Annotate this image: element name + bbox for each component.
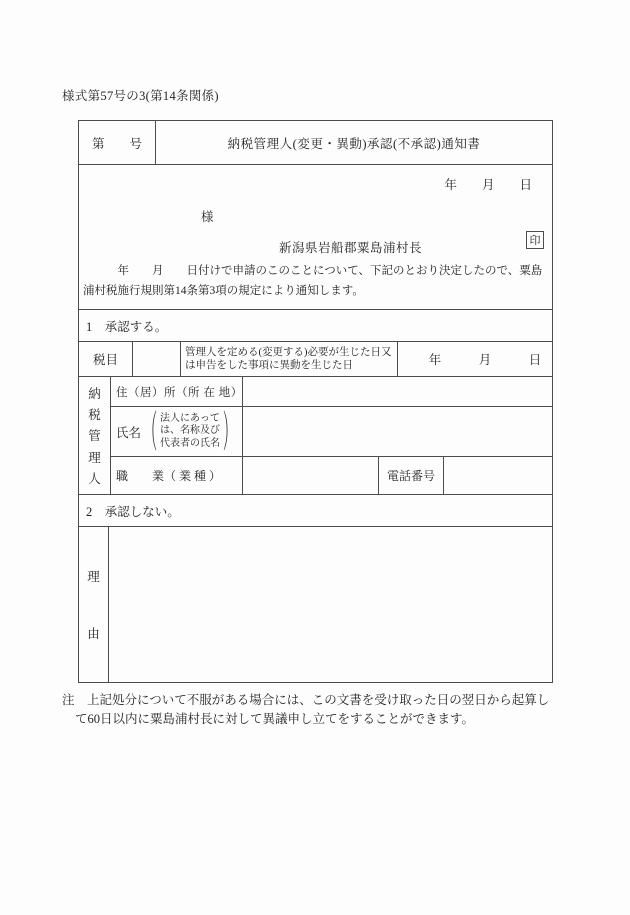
reason-label: 理 由: [79, 527, 109, 682]
name-label: 氏名: [116, 423, 141, 441]
reason-char-2: 由: [87, 624, 100, 642]
footer-note-line-1: 注 上記処分について不服がある場合には、この文書を受け取った日の翌日から起算し: [62, 691, 567, 710]
reason-row: 理 由: [79, 527, 552, 682]
reason-value-cell: [109, 527, 552, 682]
tax-item-value-cell: [133, 342, 181, 376]
intro-line-2: 浦村税施行規則第14条第3項の規定により通知します。: [83, 281, 549, 301]
phone-label: 電話番号: [379, 457, 444, 494]
event-date-placeholder: 年 月 日: [398, 342, 552, 376]
title-row: 第 号 納税管理人(変更・異動)承認(不承認)通知書: [79, 121, 552, 165]
group-char-1: 納: [88, 384, 101, 402]
close-paren: ）: [223, 410, 236, 453]
tax-item-label: 税目: [79, 342, 133, 376]
notification-form-table: 第 号 納税管理人(変更・異動)承認(不承認)通知書 年 月 日 様 新潟県岩船…: [78, 120, 553, 683]
group-char-3: 管: [88, 426, 101, 444]
reject-section-label: 2 承認しない。: [79, 495, 552, 527]
reject-label: 2 承認しない。: [86, 502, 180, 520]
letter-body-row: 年 月 日 様 新潟県岩船郡粟島浦村長 印 年 月 日付けで申請のこのことについ…: [79, 165, 552, 310]
name-value-cell: [243, 407, 552, 456]
document-title: 納税管理人(変更・異動)承認(不承認)通知書: [156, 121, 552, 164]
address-label: 住（居）所（所 在 地）: [111, 377, 243, 406]
document-page: 様式第57号の3(第14条関係) 第 号 納税管理人(変更・異動)承認(不承認)…: [0, 0, 630, 915]
form-reference-number: 様式第57号の3(第14条関係): [62, 86, 219, 104]
corporation-note-line-3: 代表者の氏名: [160, 438, 220, 451]
group-char-4: 理: [88, 448, 101, 466]
intro-paragraph: 年 月 日付けで申請のこのことについて、下記のとおり決定したので、粟島 浦村税施…: [83, 261, 549, 301]
reason-char-1: 理: [87, 567, 100, 585]
group-char-2: 税: [88, 405, 101, 423]
address-row: 住（居）所（所 在 地）: [111, 377, 552, 407]
name-row: 氏名 （ 法人にあって は、名称及び 代表者の氏名 ）: [111, 407, 552, 457]
occupation-value-cell: [243, 457, 379, 494]
intro-line-1: 年 月 日付けで申請のこのことについて、下記のとおり決定したので、粟島: [83, 261, 549, 281]
name-label-cell: 氏名 （ 法人にあって は、名称及び 代表者の氏名 ）: [111, 407, 243, 456]
footer-note: 注 上記処分について不服がある場合には、この文書を受け取った日の翌日から起算し …: [62, 691, 567, 729]
phone-value-cell: [444, 457, 552, 494]
seal-mark: 印: [526, 231, 544, 249]
tax-manager-rows: 住（居）所（所 在 地） 氏名 （ 法人にあって は、名称及び 代表者の氏名 ）: [111, 377, 552, 494]
occupation-label: 職 業（ 業 種 ）: [111, 457, 243, 494]
corporation-note: 法人にあって は、名称及び 代表者の氏名: [160, 413, 220, 451]
event-date-description: 管理人を定める(変更する)必要が生じた日又は申告をした事項に異動を生じた日: [181, 342, 398, 376]
issuer-name: 新潟県岩船郡粟島浦村長: [279, 238, 422, 256]
address-value-cell: [243, 377, 552, 406]
issue-date-placeholder: 年 月 日: [444, 175, 532, 193]
corporation-note-line-2: は、名称及び: [160, 425, 220, 438]
footer-note-line-2: て60日以内に粟島浦村長に対して異議申し立てをすることができます。: [75, 710, 567, 729]
tax-item-row: 税目 管理人を定める(変更する)必要が生じた日又は申告をした事項に異動を生じた日…: [79, 342, 552, 377]
approve-label: 1 承認する。: [86, 317, 167, 335]
tax-manager-section: 納 税 管 理 人 住（居）所（所 在 地） 氏名 （ 法人にあって: [79, 377, 552, 495]
addressee-honorific: 様: [201, 207, 214, 225]
occupation-row: 職 業（ 業 種 ） 電話番号: [111, 457, 552, 494]
document-number-cell: 第 号: [79, 121, 156, 164]
tax-manager-group-label: 納 税 管 理 人: [79, 377, 111, 494]
open-paren: （: [144, 410, 157, 453]
group-char-5: 人: [88, 469, 101, 487]
corporation-note-line-1: 法人にあって: [160, 413, 220, 426]
approve-section-label: 1 承認する。: [79, 310, 552, 342]
